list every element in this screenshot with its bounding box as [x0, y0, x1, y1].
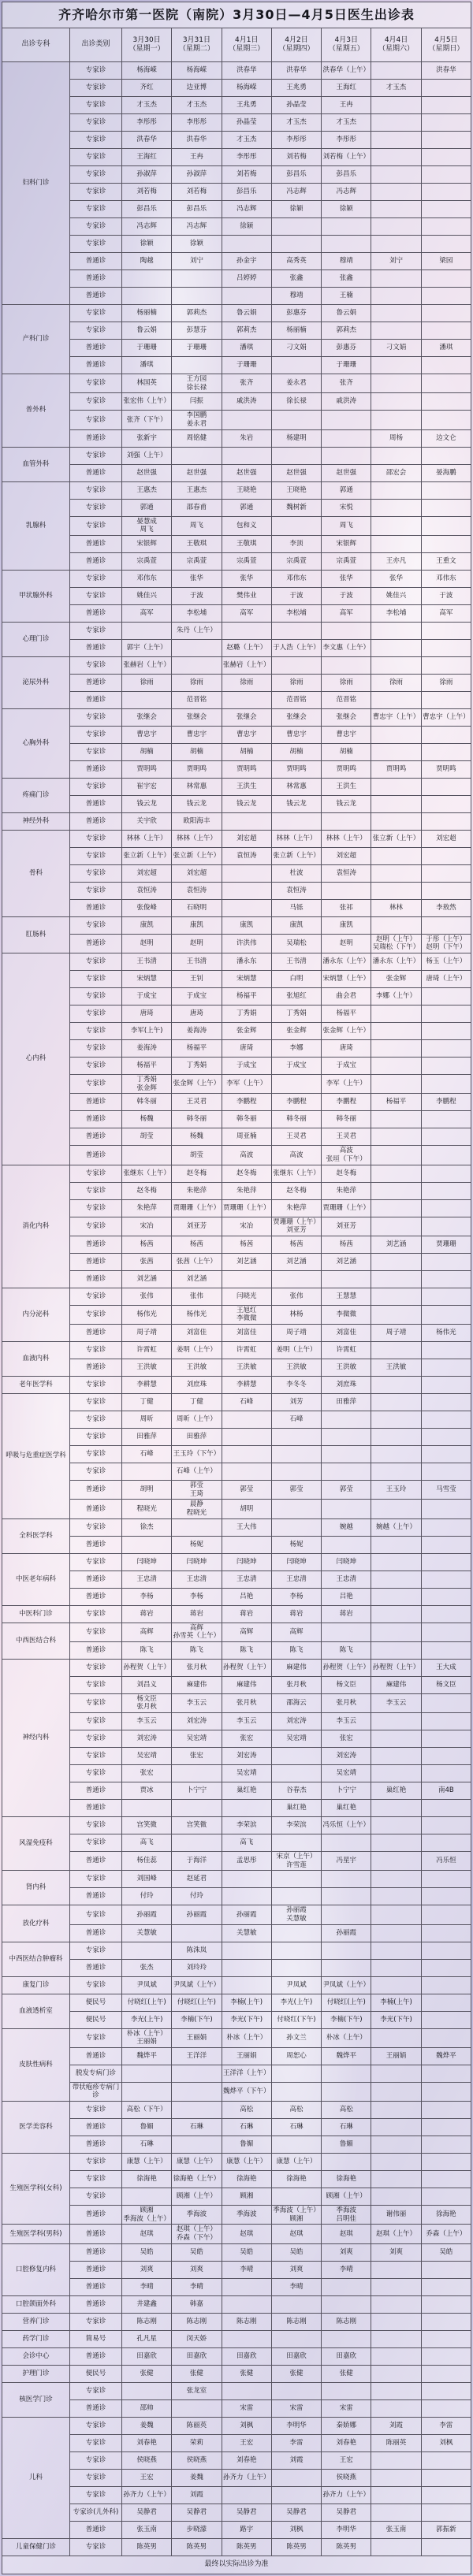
clinic-type-cell: 专家诊 — [70, 218, 122, 236]
doctor-cell: 赵世强 — [172, 464, 222, 481]
doctor-cell — [421, 743, 471, 760]
doctor-cell: 张立新（上午） — [371, 830, 421, 847]
doctor-cell — [421, 2119, 471, 2136]
doctor-cell: 刘枫 — [421, 2434, 471, 2451]
doctor-cell: 白明 — [271, 971, 321, 988]
doctor-cell — [371, 1305, 421, 1324]
clinic-type-cell: 专家诊 — [70, 2486, 122, 2504]
doctor-cell: 李鹏程 — [322, 1094, 371, 1111]
doctor-cell: 李敖然 — [421, 899, 471, 916]
doctor-cell: 曲会君 — [322, 988, 371, 1005]
doctor-cell: 石琳 — [172, 2119, 222, 2136]
doctor-cell — [122, 1146, 172, 1165]
doctor-cell: 杨海嵘 — [122, 62, 172, 80]
doctor-cell: 顾湘 季海波（上午） — [122, 2206, 172, 2225]
doctor-cell — [371, 1536, 421, 1553]
doctor-cell — [371, 1023, 421, 1040]
doctor-cell: 朱丹（上午） — [172, 622, 222, 639]
doctor-cell: 孙淑萍 — [122, 166, 172, 184]
doctor-cell — [271, 1942, 321, 1959]
clinic-type-cell: 普通诊 — [70, 795, 122, 812]
doctor-cell: 石峰 — [122, 1446, 172, 1463]
doctor-cell — [371, 1871, 421, 1888]
doctor-cell: 徐长禄 — [271, 393, 321, 411]
doctor-cell — [421, 1146, 471, 1165]
doctor-cell — [322, 1463, 371, 1481]
doctor-cell: 孙程贺（上午） — [222, 1659, 271, 1676]
clinic-type-cell: 专家诊 — [70, 1748, 122, 1765]
doctor-cell: 付晓红(上午) — [122, 1994, 172, 2011]
doctor-cell — [271, 1500, 321, 1518]
clinic-type-cell: 普通诊 — [70, 1852, 122, 1871]
doctor-cell: 于珊珊 — [322, 357, 371, 374]
doctor-cell: 才玉杰 — [172, 97, 222, 114]
doctor-cell: 康凯 — [172, 916, 222, 934]
clinic-type-cell: 专家诊 — [70, 570, 122, 587]
doctor-cell: 康凯 — [322, 916, 371, 934]
table-row: 普通诊邵帅宋雷宋雷宋雷 — [2, 2399, 471, 2417]
doctor-cell — [371, 2538, 421, 2556]
doctor-cell: 许霄虹 — [322, 1342, 371, 1359]
doctor-cell: 蒋岩 — [271, 1605, 321, 1623]
doctor-cell — [322, 447, 371, 464]
doctor-cell: 徐海艳 — [322, 2171, 371, 2188]
department-cell: 口腔修复内科 — [2, 2243, 70, 2295]
table-row: 普通诊程晓光晨静 程晓光胡明 — [2, 1500, 471, 1518]
doctor-cell — [322, 2065, 371, 2082]
doctor-cell: 高辉 — [122, 1623, 172, 1641]
doctor-cell — [371, 2065, 421, 2082]
doctor-cell: 杨福平 — [322, 1005, 371, 1023]
doctor-cell — [421, 847, 471, 864]
doctor-cell: 魏烨平 — [322, 2047, 371, 2065]
table-row: 普通诊胡莹高波高波高波 张垣（下午） — [2, 1146, 471, 1165]
doctor-cell: 李楠(下午) — [172, 2011, 222, 2028]
table-row: 专家诊徐颖徐颖 — [2, 236, 471, 253]
doctor-cell: 王书清 — [122, 953, 172, 971]
doctor-cell — [371, 270, 421, 288]
doctor-cell: 朱艳萍 — [122, 1199, 172, 1217]
clinic-type-cell: 专家诊 — [70, 988, 122, 1005]
doctor-cell — [371, 2082, 421, 2101]
doctor-cell — [421, 270, 471, 288]
table-row: 中医科门诊专家诊蒋岩蒋岩蒋岩蒋岩蒋岩 — [2, 1605, 471, 1623]
doctor-cell — [421, 2065, 471, 2082]
doctor-cell: 刘春艳 — [122, 2434, 172, 2451]
doctor-cell: 胡明 — [122, 1481, 172, 1500]
doctor-cell: 赵明（上午） 吴瑞松（下午） — [371, 934, 421, 953]
table-row: 普通诊杨佳蕊于海洋孟思彤宋京（上午） 许雪莲冯星宇冯乐恒 — [2, 1852, 471, 1871]
doctor-cell — [222, 622, 271, 639]
doctor-cell — [421, 80, 471, 97]
doctor-cell: 张华 — [371, 570, 421, 587]
table-row: 血液透析室便民号付晓红(上午)付晓红(上午)李楠(上午)李光(上午)付晓红(上午… — [2, 1994, 471, 2011]
doctor-cell: 于成宝 — [322, 1058, 371, 1075]
day-date: 4月5日 — [434, 36, 457, 44]
doctor-cell: 刘霞 — [172, 2486, 222, 2504]
doctor-cell: 刘宏超 — [172, 864, 222, 882]
table-row: 专家诊高飞高飞 — [2, 1834, 471, 1852]
clinic-type-cell: 专家诊 — [70, 1676, 122, 1693]
doctor-cell — [271, 1871, 321, 1888]
clinic-type-cell: 普通诊 — [70, 1800, 122, 1817]
doctor-cell — [421, 1713, 471, 1730]
doctor-cell — [421, 499, 471, 516]
day-week: （星期日） — [428, 45, 464, 53]
clinic-type-cell: 普通诊 — [70, 2047, 122, 2065]
clinic-type-cell: 普通诊 — [70, 2521, 122, 2538]
table-row: 全科医学科专家诊徐杰王大伟婉越婉越（上午） — [2, 1518, 471, 1536]
table-row: 普通诊李杨李杨吕艳李杨吕艳 — [2, 1588, 471, 1605]
doctor-cell — [271, 622, 321, 639]
doctor-cell: 张金辉 — [271, 1023, 321, 1040]
doctor-cell — [371, 218, 421, 236]
doctor-cell — [421, 1924, 471, 1942]
clinic-type-cell: 专家诊 — [70, 1905, 122, 1924]
doctor-cell: 张伟 — [271, 1288, 321, 1305]
doctor-cell — [371, 882, 421, 899]
doctor-cell — [421, 288, 471, 305]
doctor-cell — [222, 691, 271, 708]
doctor-cell: 彭昌乐 — [222, 184, 271, 201]
doctor-cell — [371, 812, 421, 830]
doctor-cell: 彭昌乐 — [172, 201, 222, 218]
doctor-cell — [371, 1463, 421, 1481]
table-row: 普通诊杨茜杨茜杨茜杨茜杨茜刘艺涵贾珊珊 — [2, 1236, 471, 1253]
doctor-cell: 侯晓燕 — [322, 2469, 371, 2486]
table-row: 普通诊徐雨徐雨徐雨徐雨徐雨徐雨徐雨 — [2, 674, 471, 691]
doctor-cell: 刘富佳 — [172, 1325, 222, 1342]
doctor-cell: 张齐 — [322, 374, 371, 393]
doctor-cell: 付玲 — [122, 1888, 172, 1905]
doctor-cell — [271, 1924, 321, 1942]
doctor-cell — [421, 1394, 471, 1411]
doctor-cell: 李杨 — [172, 1588, 222, 1605]
doctor-cell: 高军 — [322, 604, 371, 622]
doctor-cell — [371, 2295, 421, 2313]
clinic-type-cell: 专家诊 — [70, 1659, 122, 1676]
clinic-type-cell: 专家诊 — [70, 2028, 122, 2047]
doctor-cell: 邵宏会 — [371, 464, 421, 481]
doctor-cell: 南4B — [421, 1782, 471, 1800]
table-row: 专家诊杨伟光杨伟光王旭红 李微微林杨李微微 — [2, 1305, 471, 1324]
doctor-cell: 陈英男 — [322, 2538, 371, 2556]
doctor-cell: 麻建伟 — [371, 1676, 421, 1693]
doctor-cell: 石峰（上午） — [172, 1463, 222, 1481]
doctor-cell — [371, 305, 421, 322]
doctor-cell: 韩冬丽 — [322, 1111, 371, 1128]
doctor-cell: 徐雨 — [371, 674, 421, 691]
clinic-type-cell: 普通诊 — [70, 1094, 122, 1111]
doctor-cell — [371, 1075, 421, 1094]
day-week: （星期一） — [129, 45, 165, 53]
doctor-cell: 李光(上午) — [271, 1994, 321, 2011]
doctor-cell — [172, 270, 222, 288]
doctor-cell — [371, 1852, 421, 1871]
doctor-cell: 朱艳萍 — [322, 1182, 371, 1199]
column-header-day: 4月1日（星期三） — [222, 28, 271, 62]
doctor-cell: 李松埔 — [172, 604, 222, 622]
department-cell: 核医学门诊 — [2, 2382, 70, 2417]
doctor-cell: 李玉云 — [222, 1713, 271, 1730]
clinic-type-cell: 专家诊 — [70, 1693, 122, 1712]
clinic-type-cell: 普通诊 — [70, 1782, 122, 1800]
doctor-cell: 赵琪 — [322, 2225, 371, 2243]
doctor-cell — [421, 1005, 471, 1023]
table-row: 中西医结合科专家诊高辉高辉 孙雪英（上午）高辉高辉 — [2, 1623, 471, 1641]
doctor-cell: 于人浩（上午） — [271, 639, 321, 656]
doctor-cell: 钱云龙 — [322, 795, 371, 812]
table-row: 肛肠科专家诊康凯康凯康凯康凯康凯 — [2, 916, 471, 934]
doctor-cell: 赵冬梅 — [172, 1165, 222, 1182]
clinic-type-cell: 普通诊 — [70, 2261, 122, 2278]
doctor-cell: 冯志辉 — [271, 184, 321, 201]
doctor-cell: 林林（上午） — [172, 830, 222, 847]
doctor-cell: 李冬冬 — [271, 1377, 321, 1394]
doctor-cell — [371, 97, 421, 114]
doctor-cell: 刘宁 — [371, 253, 421, 270]
doctor-cell — [421, 1270, 471, 1288]
doctor-cell: 于波 — [421, 587, 471, 604]
doctor-cell — [421, 2082, 471, 2101]
doctor-cell: 王洪敏 — [371, 1359, 421, 1377]
doctor-cell — [322, 1446, 371, 1463]
doctor-cell — [271, 1429, 321, 1446]
clinic-type-cell: 普通诊 — [70, 1959, 122, 1976]
doctor-cell: 宫笑微 — [122, 1817, 172, 1834]
doctor-cell: 徐海艳 — [222, 2171, 271, 2188]
table-row: 口腔修复内科普通诊吴皓吴皓吴皓吴皓刘爽刘爽吴皓 — [2, 2243, 471, 2261]
doctor-cell: 李杨 — [271, 1588, 321, 1605]
doctor-cell — [421, 236, 471, 253]
doctor-cell — [172, 2399, 222, 2417]
doctor-cell — [222, 288, 271, 305]
doctor-cell — [421, 1500, 471, 1518]
doctor-cell — [371, 149, 421, 166]
doctor-cell — [322, 2295, 371, 2313]
doctor-cell: 胡楠 — [322, 743, 371, 760]
table-row: 专家诊彭昌乐彭昌乐冯志辉徐颖徐颖 — [2, 201, 471, 218]
doctor-cell: 王敬琪 — [222, 535, 271, 552]
doctor-cell: 徐雨 — [222, 674, 271, 691]
doctor-cell: 宋炳慧（上午） — [322, 971, 371, 988]
table-row: 生殖医学科(女科)专家诊康慧（上午）康慧（上午）康慧（上午）康慧（上午） — [2, 2154, 471, 2171]
doctor-cell: 胡楠 — [222, 743, 271, 760]
doctor-cell — [172, 1800, 222, 1817]
table-row: 普通诊贾明鸣贾明鸣贾明鸣贾明鸣贾明鸣贾明鸣贾明鸣 — [2, 760, 471, 778]
doctor-cell — [371, 1571, 421, 1588]
table-row: 专家诊田雅萍田雅萍 — [2, 1429, 471, 1446]
column-header-day: 3月31日（星期二） — [172, 28, 222, 62]
doctor-cell: 刘强（上午） — [122, 447, 172, 464]
doctor-cell: 张立新（上午） — [271, 847, 321, 864]
doctor-cell: 康凯 — [271, 916, 321, 934]
doctor-cell: 孙晶莹 — [222, 114, 271, 132]
doctor-cell: 刘宏超 — [222, 830, 271, 847]
doctor-cell: 田嘉欣 — [122, 2347, 172, 2365]
doctor-cell — [421, 1730, 471, 1748]
doctor-cell: 张宏 — [222, 1730, 271, 1748]
doctor-cell — [371, 535, 421, 552]
doctor-cell: 李光(下午) — [222, 2011, 271, 2028]
doctor-cell: 陈英男 — [222, 2538, 271, 2556]
doctor-cell — [371, 201, 421, 218]
schedule-table: 齐齐哈尔市第一医院（南院）3月30日—4月5日医生出诊表 出诊专科 出诊类别 3… — [2, 2, 471, 2574]
doctor-cell: 张立新（上午） — [122, 847, 172, 864]
table-row: 普通诊顾湘 季海波（上午）季海波季海波季海波（上午） 顾湘季海波 吕明佳谢伟丽徐… — [2, 2206, 471, 2225]
doctor-cell — [371, 411, 421, 429]
doctor-cell: 郭莹 王琦 — [172, 1481, 222, 1500]
doctor-cell — [371, 1623, 421, 1641]
department-cell: 心理门诊 — [2, 622, 70, 656]
doctor-cell: 王宏 — [222, 2434, 271, 2451]
doctor-cell — [421, 481, 471, 499]
doctor-cell: 鲁媚 — [222, 2136, 271, 2154]
doctor-cell: 孟思彤 — [222, 1852, 271, 1871]
clinic-type-cell: 普通诊 — [70, 1481, 122, 1500]
table-row: 专家诊张齐（下午）李国鹏 姜永君 — [2, 411, 471, 429]
doctor-cell — [421, 1058, 471, 1075]
clinic-type-cell: 专家诊 — [70, 778, 122, 795]
clinic-type-cell: 专家诊 — [70, 447, 122, 464]
department-cell: 生殖医学科(女科) — [2, 2154, 70, 2225]
clinic-type-cell: 普通诊 — [70, 1270, 122, 1288]
doctor-cell: 杨伟光 — [421, 1325, 471, 1342]
doctor-cell — [371, 2102, 421, 2119]
doctor-cell: 王宏 — [322, 2451, 371, 2469]
clinic-type-cell: 专家诊 — [70, 971, 122, 988]
clinic-type-cell: 普通诊 — [70, 1359, 122, 1377]
doctor-cell — [371, 1217, 421, 1236]
doctor-cell: 杨茜 — [322, 1236, 371, 1253]
doctor-cell — [371, 2382, 421, 2399]
doctor-cell: 贾明鸣 — [371, 760, 421, 778]
doctor-cell: 王忠清 — [172, 1571, 222, 1588]
doctor-cell — [371, 1605, 421, 1623]
doctor-cell — [421, 2330, 471, 2347]
doctor-cell — [421, 1040, 471, 1058]
doctor-cell — [322, 1270, 371, 1288]
doctor-cell: 高秀英 — [271, 253, 321, 270]
doctor-cell: 杨伟光 — [172, 1305, 222, 1324]
clinic-type-cell: 专家诊 — [70, 830, 122, 847]
doctor-cell: 郭莉杰 — [222, 322, 271, 340]
doctor-cell: 李微微 — [322, 1305, 371, 1324]
doctor-cell — [421, 184, 471, 201]
column-header-day: 3月30日（星期一） — [122, 28, 172, 62]
doctor-cell: 杨福平 — [172, 1040, 222, 1058]
doctor-cell — [421, 2154, 471, 2171]
doctor-cell: 彭惠芬 — [271, 305, 321, 322]
doctor-cell — [271, 2188, 321, 2206]
doctor-cell: 张茜 — [122, 1253, 172, 1270]
table-row: 妇科门诊专家诊杨海嵘杨海嵘洪春华洪春华洪春华（上午）洪春华 — [2, 62, 471, 80]
doctor-cell — [421, 516, 471, 535]
doctor-cell: 高波 — [222, 1146, 271, 1165]
doctor-cell: 李光(下午) — [371, 2011, 421, 2028]
doctor-cell: 张金辉 — [222, 1023, 271, 1040]
table-row: 内分泌科专家诊张伟张伟闫晓光张伟王慧慧 — [2, 1288, 471, 1305]
doctor-cell: 于彤（上午） 赵明（下午） — [421, 934, 471, 953]
doctor-cell: 张继东（上午） — [122, 1165, 172, 1182]
table-row: 心内科专家诊王书清王书清潘永东王书清潘永东（上午）潘永东（上午）杨玉（上午） — [2, 953, 471, 971]
doctor-cell: 巢红艳 — [222, 1782, 271, 1800]
doctor-cell: 徐海艳 — [421, 2206, 471, 2225]
doctor-cell — [371, 132, 421, 149]
doctor-cell: 李军（上午） — [322, 1075, 371, 1094]
table-row: 专家诊王海红王冉李彤彤刘若梅刘若梅（上午） — [2, 149, 471, 166]
doctor-cell — [421, 1888, 471, 1905]
table-row: 普通诊胡明郭莹 王琦郭莹郭莹郭莹王玉玲马雪莹 — [2, 1481, 471, 1500]
doctor-cell: 李雷 — [421, 2417, 471, 2434]
doctor-cell: 蒋岩 — [222, 1605, 271, 1623]
clinic-type-cell: 专家诊 — [70, 656, 122, 674]
clinic-type-cell: 普通诊 — [70, 1571, 122, 1588]
doctor-cell: 张健 — [172, 2365, 222, 2382]
table-row: 专家诊李军(上午)姜海涛张金辉张金辉张金辉（上午） — [2, 1023, 471, 1040]
doctor-cell — [371, 1500, 421, 1518]
doctor-cell: 杨海嵘 — [172, 62, 222, 80]
doctor-cell: 边文仑 — [421, 429, 471, 447]
clinic-type-cell: 普通诊 — [70, 464, 122, 481]
table-row: 专家诊冯志辉冯志辉徐颖 — [2, 218, 471, 236]
doctor-cell: 崔宇宏 — [122, 778, 172, 795]
table-row: 医学美容科专家诊高松（下午）高松高松高松 — [2, 2102, 471, 2119]
doctor-cell: 钱云龙 — [172, 795, 222, 812]
clinic-type-cell: 便民号 — [70, 2011, 122, 2028]
doctor-cell: 张健 — [222, 2365, 271, 2382]
department-cell: 血管外科 — [2, 447, 70, 481]
table-row: 专家诊曹忠宇曹忠宇曹忠宇曹忠宇曹忠宇 — [2, 726, 471, 743]
doctor-cell: 韩冬丽 — [222, 1111, 271, 1128]
department-cell: 风湿免疫科 — [2, 1817, 70, 1871]
clinic-type-cell: 专家诊 — [70, 481, 122, 499]
table-row: 生殖医学科(男科)普通诊赵琪赵琪（上午） 乔森（下午）赵琪赵琪赵琪赵琪（上午）乔… — [2, 2225, 471, 2243]
doctor-cell: 石峰 — [271, 1411, 321, 1429]
table-row: 专家诊丁秀娟 张金辉张金辉（上午）李军（上午）李军（上午） — [2, 1075, 471, 1094]
doctor-cell — [421, 114, 471, 132]
doctor-cell — [271, 1888, 321, 1905]
doctor-cell: 孙晶莹 — [271, 97, 321, 114]
doctor-cell: 于波 — [271, 587, 321, 604]
doctor-cell: 吴瑞松 — [271, 934, 321, 953]
doctor-cell — [222, 882, 271, 899]
table-row: 普通诊郭宇（上午）赵璐（上午）于人浩（上午）李文惠（上午） — [2, 639, 471, 656]
doctor-cell — [421, 882, 471, 899]
doctor-cell: 冯志辉 — [122, 218, 172, 236]
doctor-cell: 麻建伟 — [222, 1676, 271, 1693]
doctor-cell: 李雷 — [271, 2434, 321, 2451]
doctor-cell — [421, 1182, 471, 1199]
doctor-cell — [371, 916, 421, 934]
doctor-cell — [122, 2382, 172, 2399]
table-row: 专家诊朱艳萍贾珊珊（上午）贾珊珊（上午）朱艳萍贾珊珊（上午） — [2, 1199, 471, 1217]
doctor-cell — [421, 132, 471, 149]
doctor-cell: 刘富佳 — [222, 1325, 271, 1342]
doctor-cell — [421, 1976, 471, 1994]
doctor-cell: 尹凤斌（上午） — [172, 1976, 222, 1994]
doctor-cell: 宋银辉 — [322, 535, 371, 552]
doctor-cell: 李鹏程 — [271, 1094, 321, 1111]
doctor-cell — [371, 2154, 421, 2171]
doctor-cell — [172, 1834, 222, 1852]
doctor-cell: 于珊珊 — [222, 357, 271, 374]
doctor-cell: 陈丽英 — [172, 2417, 222, 2434]
doctor-cell — [421, 795, 471, 812]
doctor-cell — [371, 1199, 421, 1217]
doctor-cell — [222, 1270, 271, 1288]
doctor-cell — [421, 2102, 471, 2119]
